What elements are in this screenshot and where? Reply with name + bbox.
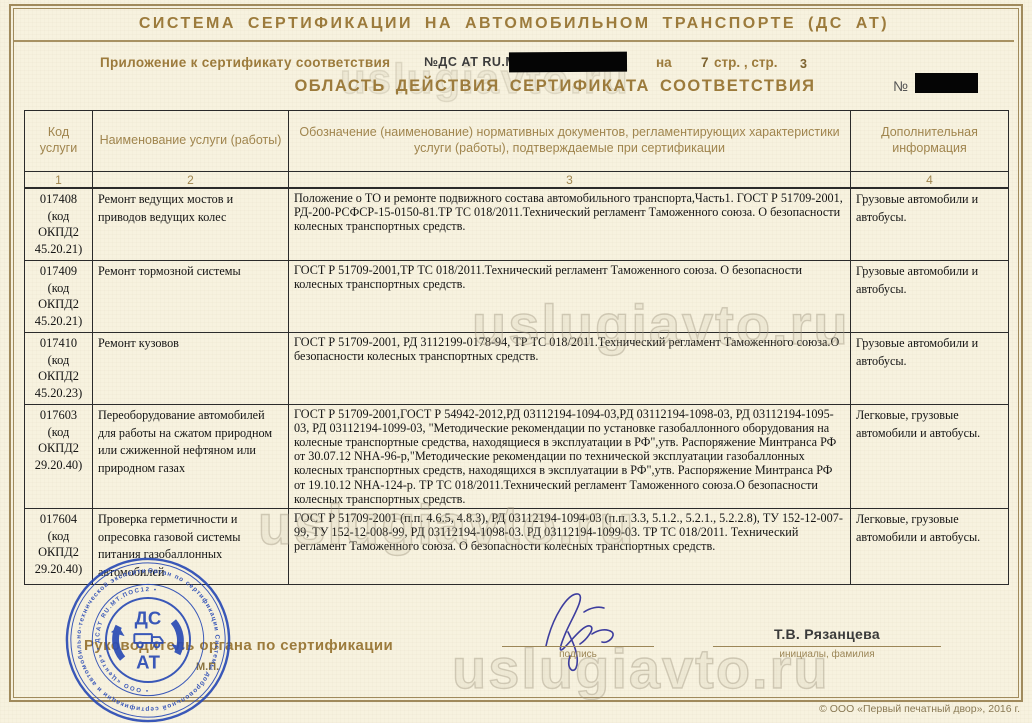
table-row: 017408 (код ОКПД2 45.20.21)Ремонт ведущи… <box>25 188 1009 260</box>
redaction-box <box>509 52 627 73</box>
doc-number-label: № <box>893 78 908 94</box>
cell-docs: Положение о ТО и ремонте подвижного сост… <box>289 188 851 260</box>
stamp-center-bottom: АТ <box>136 651 160 672</box>
column-numbers-row: 1 2 3 4 <box>25 172 1009 189</box>
header-code: Код услуги <box>25 111 93 172</box>
cell-info: Грузовые автомобили и автобусы. <box>851 260 1009 332</box>
cell-info: Грузовые автомобили и автобусы. <box>851 188 1009 260</box>
cell-docs: ГОСТ Р 51709-2001, РД 3112199-0178-94, Т… <box>289 332 851 404</box>
stamp-center-top: ДС <box>135 607 162 628</box>
total-pages-value: 7 <box>701 55 709 70</box>
cell-info: Легковые, грузовые автомобили и автобусы… <box>851 404 1009 508</box>
certification-stamp: Орган по сертификации Системы добровольн… <box>58 556 238 723</box>
services-table-body: 017408 (код ОКПД2 45.20.21)Ремонт ведущи… <box>25 188 1009 584</box>
document-title: ОБЛАСТЬ ДЕЙСТВИЯ СЕРТИФИКАТА СООТВЕТСТВИ… <box>230 77 880 96</box>
cell-code: 017409 (код ОКПД2 45.20.21) <box>25 260 93 332</box>
header-documents: Обозначение (наименование) нормативных д… <box>289 111 851 172</box>
table-header-row: Код услуги Наименование услуги (работы) … <box>25 111 1009 172</box>
redaction-box <box>915 73 978 93</box>
signature <box>528 584 638 676</box>
table-row: 017409 (код ОКПД2 45.20.21)Ремонт тормоз… <box>25 260 1009 332</box>
certificate-page: { "header": { "system_title": "СИСТЕМА С… <box>0 0 1032 723</box>
name-line <box>713 646 941 647</box>
appendix-line: Приложение к сертификату соответствия №Д… <box>0 53 1032 75</box>
cell-name: Ремонт ведущих мостов и приводов ведущих… <box>93 188 289 260</box>
head-name: Т.В. Рязанцева <box>713 626 941 642</box>
cell-name: Ремонт тормозной системы <box>93 260 289 332</box>
column-number: 4 <box>851 172 1009 189</box>
column-number: 3 <box>289 172 851 189</box>
table-row: 017603 (код ОКПД2 29.20.40)Переоборудова… <box>25 404 1009 508</box>
cell-docs: ГОСТ Р 51709-2001,ТР ТС 018/2011.Техниче… <box>289 260 851 332</box>
stamp-emblem: ДС АТ <box>111 605 185 672</box>
cell-docs: ГОСТ Р 51709-2001,ГОСТ Р 54942-2012,РД 0… <box>289 404 851 508</box>
services-table: Код услуги Наименование услуги (работы) … <box>24 110 1009 585</box>
system-title: СИСТЕМА СЕРТИФИКАЦИИ НА АВТОМОБИЛЬНОМ ТР… <box>139 15 889 33</box>
cell-name: Ремонт кузовов <box>93 332 289 404</box>
header-service-name: Наименование услуги (работы) <box>93 111 289 172</box>
pages-label: стр. , стр. <box>714 55 778 70</box>
appendix-label: Приложение к сертификату соответствия <box>100 55 390 70</box>
print-house-copyright: © ООО «Первый печатный двор», 2016 г. <box>819 703 1020 715</box>
title-band: СИСТЕМА СЕРТИФИКАЦИИ НА АВТОМОБИЛЬНОМ ТР… <box>14 8 1014 42</box>
page-number-value: 3 <box>800 57 807 71</box>
cell-info: Легковые, грузовые автомобили и автобусы… <box>851 508 1009 584</box>
table-row: 017410 (код ОКПД2 45.20.23)Ремонт кузово… <box>25 332 1009 404</box>
cell-code: 017408 (код ОКПД2 45.20.21) <box>25 188 93 260</box>
cell-name: Переоборудование автомобилей для работы … <box>93 404 289 508</box>
cell-code: 017410 (код ОКПД2 45.20.23) <box>25 332 93 404</box>
signature-caption: подпись <box>502 649 654 660</box>
header-additional-info: Дополнительная информация <box>851 111 1009 172</box>
na-label: на <box>656 55 672 70</box>
cell-info: Грузовые автомобили и автобусы. <box>851 332 1009 404</box>
signature-line <box>502 646 654 647</box>
cell-code: 017603 (код ОКПД2 29.20.40) <box>25 404 93 508</box>
column-number: 1 <box>25 172 93 189</box>
name-caption: инициалы, фамилия <box>713 649 941 660</box>
column-number: 2 <box>93 172 289 189</box>
cell-docs: ГОСТ Р 51709-2001 (п.п. 4.6.5, 4.8.3), Р… <box>289 508 851 584</box>
